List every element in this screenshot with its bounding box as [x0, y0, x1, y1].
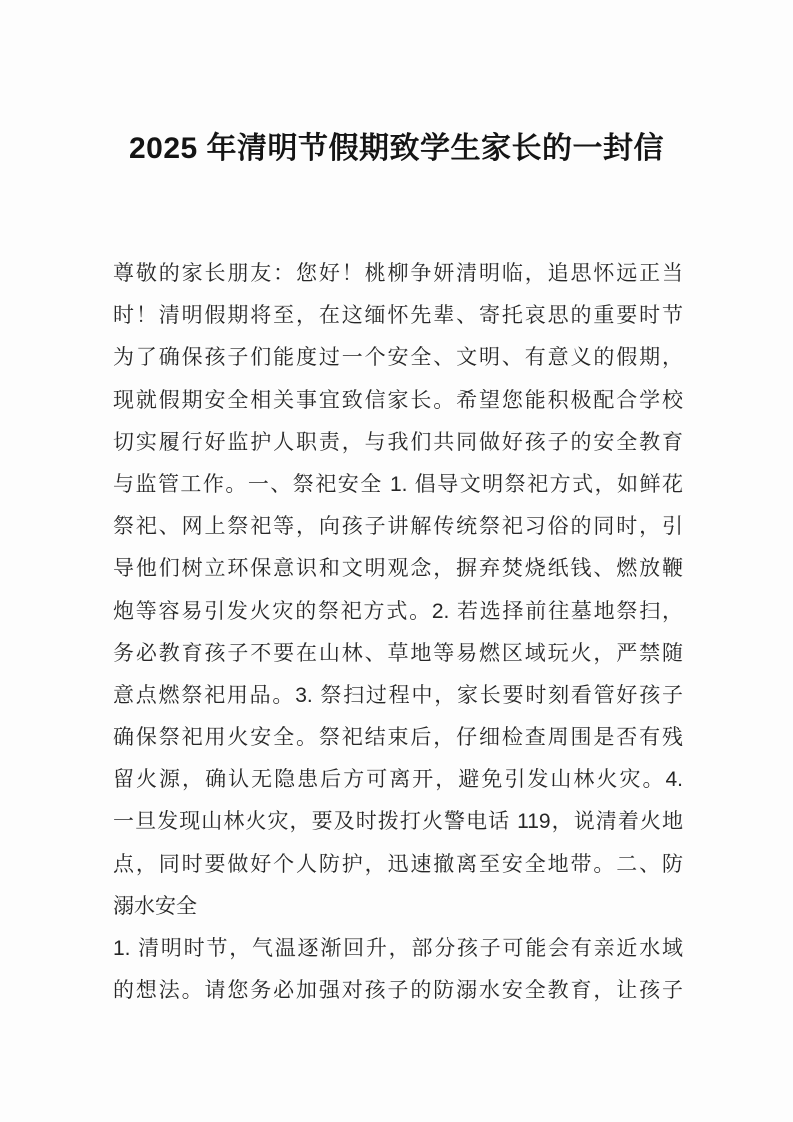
text-line: 时！清明假期将至，在这缅怀先辈、寄托哀思的重要时节 [113, 295, 683, 337]
text-line: 祭祀、网上祭祀等，向孩子讲解传统祭祀习俗的同时，引 [113, 506, 683, 548]
text-line: 溺水安全 [113, 886, 683, 928]
text-line: 务必教育孩子不要在山林、草地等易燃区域玩火，严禁随 [113, 633, 683, 675]
text-line: 导他们树立环保意识和文明观念，摒弃焚烧纸钱、燃放鞭 [113, 548, 683, 590]
text-line: 炮等容易引发火灾的祭祀方式。2. 若选择前往墓地祭扫， [113, 591, 683, 633]
document-body: 尊敬的家长朋友：您好！桃柳争妍清明临，追思怀远正当时！清明假期将至，在这缅怀先辈… [113, 253, 683, 1012]
text-line: 现就假期安全相关事宜致信家长。希望您能积极配合学校 [113, 380, 683, 422]
document-title: 2025 年清明节假期致学生家长的一封信 [0, 128, 793, 170]
text-line: 切实履行好监护人职责，与我们共同做好孩子的安全教育 [113, 422, 683, 464]
text-line: 与监管工作。一、祭祀安全 1. 倡导文明祭祀方式，如鲜花 [113, 464, 683, 506]
text-line: 的想法。请您务必加强对孩子的防溺水安全教育，让孩子 [113, 970, 683, 1012]
text-line: 1. 清明时节，气温逐渐回升，部分孩子可能会有亲近水域 [113, 928, 683, 970]
text-line: 尊敬的家长朋友：您好！桃柳争妍清明临，追思怀远正当 [113, 253, 683, 295]
document-page: 2025 年清明节假期致学生家长的一封信 尊敬的家长朋友：您好！桃柳争妍清明临，… [0, 0, 793, 1122]
text-line: 留火源，确认无隐患后方可离开，避免引发山林火灾。4. [113, 759, 683, 801]
text-line: 意点燃祭祀用品。3. 祭扫过程中，家长要时刻看管好孩子 [113, 675, 683, 717]
text-line: 为了确保孩子们能度过一个安全、文明、有意义的假期， [113, 337, 683, 379]
text-line: 点，同时要做好个人防护，迅速撤离至安全地带。二、防 [113, 844, 683, 886]
text-line: 一旦发现山林火灾，要及时拨打火警电话 119，说清着火地 [113, 801, 683, 843]
text-line: 确保祭祀用火安全。祭祀结束后，仔细检查周围是否有残 [113, 717, 683, 759]
